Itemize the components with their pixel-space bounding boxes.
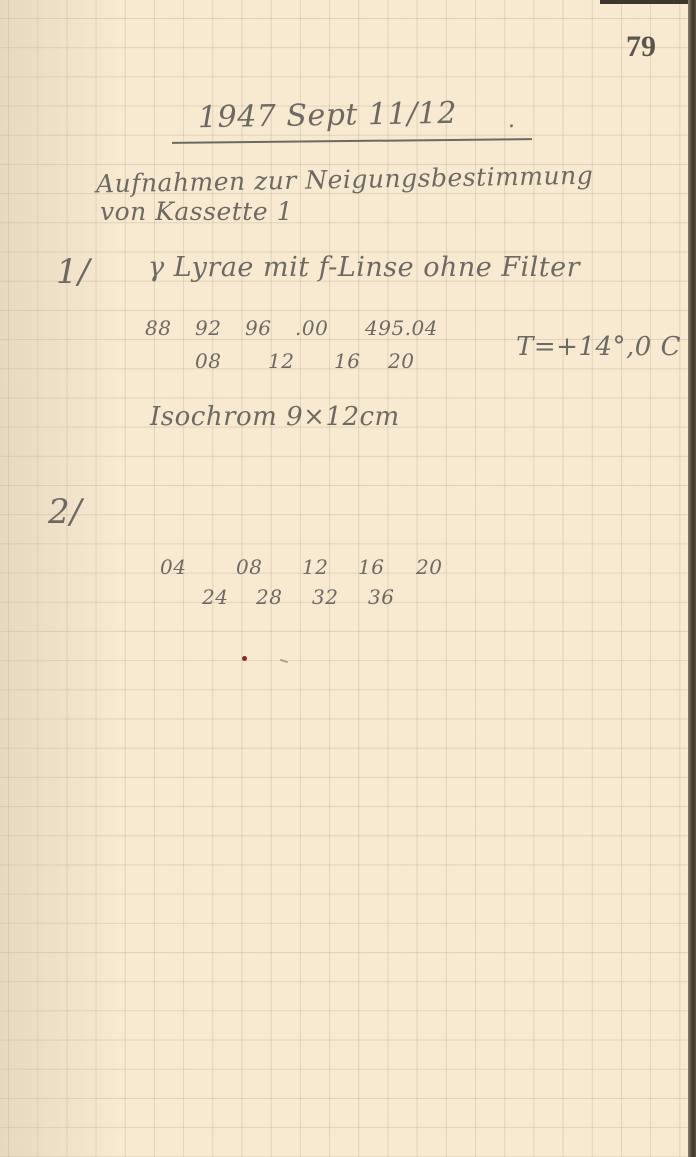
time-value: 12 [268,349,334,373]
entry-1-times-row-1: 88 92 96 .00 495.04 [145,316,438,340]
page-heading: 1947 Sept 11/12 [198,96,458,136]
time-value: 96 [245,316,295,340]
subtitle-line-2: von Kassette 1 [100,197,293,226]
time-value: 92 [195,316,245,340]
time-value: 08 [195,349,268,373]
entry-1-times-row-2: 08 12 16 20 [195,349,414,373]
time-value: 24 [202,585,256,609]
notebook-binding [688,0,696,1157]
entry-1-plate: Isochrom 9×12cm [150,402,400,432]
time-value: 36 [368,585,394,609]
time-value: 04 [160,555,236,579]
time-value: 495.04 [365,316,438,340]
notebook-page: 79 1947 Sept 11/12 . Aufnahmen zur Neigu… [0,0,688,1157]
entry-2-label: 2/ [48,492,82,532]
time-value: 88 [145,316,195,340]
heading-underline [172,138,532,144]
time-value: 12 [302,555,358,579]
time-value: 20 [416,555,442,579]
heading-dot: . [508,108,516,133]
ink-dot [242,656,247,661]
subtitle-line-1: Aufnahmen zur Neigungsbestimmung [96,161,594,199]
entry-1-description: γ Lyrae mit f-Linse ohne Filter [148,252,580,283]
time-value: 16 [334,349,388,373]
entry-1-temperature: T=+14°,0 C [516,332,681,362]
entry-1-label: 1/ [56,252,90,292]
page-top-edge [600,0,696,4]
time-value: 32 [312,585,368,609]
time-value: 28 [256,585,312,609]
entry-2-times-row-1: 04 08 12 16 20 [160,555,442,579]
time-value: 08 [236,555,302,579]
entry-2-times-row-2: 24 28 32 36 [202,585,394,609]
time-value: .00 [295,316,365,340]
time-value: 20 [388,349,414,373]
pencil-mark [280,659,288,664]
page-number: 79 [626,30,656,64]
time-value: 16 [358,555,416,579]
